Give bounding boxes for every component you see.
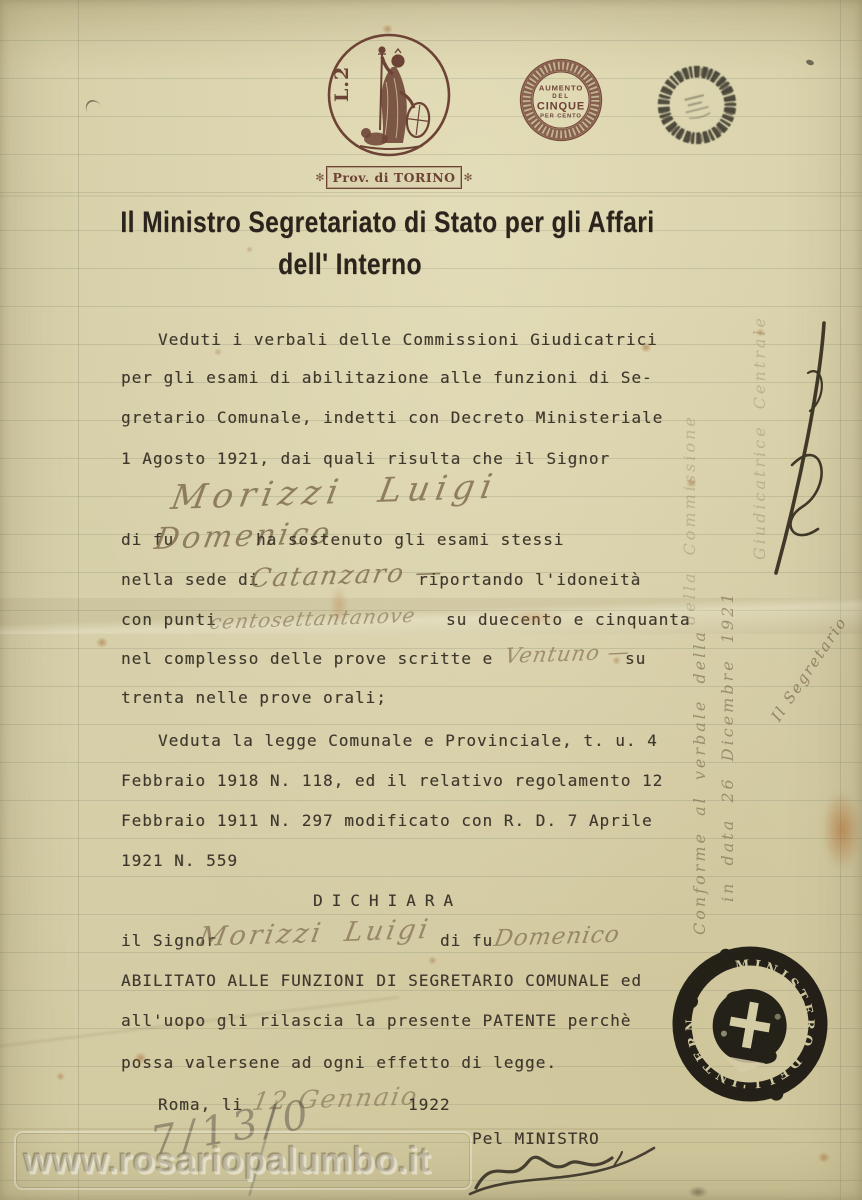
fold-crease xyxy=(0,1128,862,1130)
body-line: all'uopo gli rilascia la presente PATENT… xyxy=(121,1011,631,1030)
seal-denomination: L.2 xyxy=(331,66,353,102)
body-line: di fu xyxy=(440,931,493,950)
margin-note-diagonal: Il Segretario xyxy=(767,613,850,724)
surcharge-stamp: AUMENTO DEL CINQUE PER CENTO xyxy=(517,56,605,144)
minister-signature xyxy=(466,1136,661,1200)
svg-text:CINQUE: CINQUE xyxy=(537,101,585,113)
svg-text:DEL: DEL xyxy=(552,93,570,100)
stain-spot xyxy=(428,956,437,965)
margin-signature xyxy=(762,315,842,585)
fill-candidate-name-2: Morizzi Luigi xyxy=(196,914,433,953)
fill-oral-score: Ventuno — xyxy=(503,640,632,668)
province-label-box: ✻ Prov. di TORINO ✻ xyxy=(316,166,472,189)
body-line: ABILITATO ALLE FUNZIONI DI SEGRETARIO CO… xyxy=(121,971,642,990)
margin-rule-right xyxy=(840,0,841,1200)
fill-candidate-name: Morizzi Luigi xyxy=(168,467,501,518)
declaration-heading: DICHIARA xyxy=(120,891,655,910)
document-scan: L.2 ✻ Prov. di TORINO ✻ AUMEN xyxy=(0,0,862,1200)
body-line: per gli esami di abilitazione alle funzi… xyxy=(121,368,653,387)
watermark-box: www.rosariopalumbo.it xyxy=(14,1131,472,1190)
body-line: riportando l'idoneità xyxy=(418,570,641,589)
fold-crease xyxy=(0,195,862,197)
ink-speck xyxy=(805,59,814,66)
body-line: gretario Comunale, indetti con Decreto M… xyxy=(121,408,663,427)
margin-note: Conforme al verbale della xyxy=(690,629,709,935)
margin-rule-left xyxy=(78,0,79,1200)
flourish-icon: ✻ xyxy=(464,171,472,184)
body-line: nella sede di xyxy=(121,570,259,589)
document-title-line2: dell' Interno xyxy=(120,248,579,282)
document-title-line1: Il Ministro Segretariato di Stato per gl… xyxy=(120,206,579,240)
body-line: ha sostenuto gli esami stessi xyxy=(256,530,564,549)
fill-written-score: centosettantanove xyxy=(208,603,418,634)
faded-ink-stamp xyxy=(652,60,742,150)
revenue-seal-figure: L.2 xyxy=(326,32,452,158)
fill-exam-seat: Catanzaro — xyxy=(248,557,446,594)
body-line: nel complesso delle prove scritte e xyxy=(121,649,493,668)
watermark-text: www.rosariopalumbo.it xyxy=(24,1140,431,1182)
stain-spot xyxy=(822,790,862,870)
flourish-icon: ✻ xyxy=(316,171,324,184)
body-line: su xyxy=(625,649,646,668)
province-label: Prov. di TORINO xyxy=(326,166,462,189)
body-line: Veduta la legge Comunale e Provinciale, … xyxy=(158,731,658,750)
body-line: possa valersene ad ogni effetto di legge… xyxy=(121,1053,557,1072)
pen-mark xyxy=(82,97,101,114)
stain-spot xyxy=(56,1072,65,1081)
body-line: con punti xyxy=(121,610,217,629)
svg-text:PER CENTO: PER CENTO xyxy=(540,114,582,120)
margin-note: in data 26 Dicembre 1921 xyxy=(718,591,737,903)
svg-text:AUMENTO: AUMENTO xyxy=(539,83,583,92)
body-line: 1 Agosto 1921, dai quali risulta che il … xyxy=(121,449,610,468)
ministry-ink-stamp: MINISTERO DELL'INTERNO xyxy=(668,942,832,1106)
body-line: 1921 N. 559 xyxy=(121,851,238,870)
date-line-year: 1922 xyxy=(408,1095,451,1114)
body-line: su duecento e cinquanta xyxy=(446,610,691,629)
margin-note: della Commissione xyxy=(680,414,699,625)
body-line: Veduti i verbali delle Commissioni Giudi… xyxy=(158,330,658,349)
body-line: Febbraio 1911 N. 297 modificato con R. D… xyxy=(121,811,653,830)
stain-spot xyxy=(214,348,222,356)
body-line: trenta nelle prove orali; xyxy=(121,688,387,707)
stain-spot xyxy=(96,637,108,648)
stain-spot xyxy=(688,1186,708,1198)
fill-father-name-2: Domenico xyxy=(492,922,622,952)
stain-spot xyxy=(818,1152,830,1163)
body-line: Febbraio 1918 N. 118, ed il relativo reg… xyxy=(121,771,663,790)
